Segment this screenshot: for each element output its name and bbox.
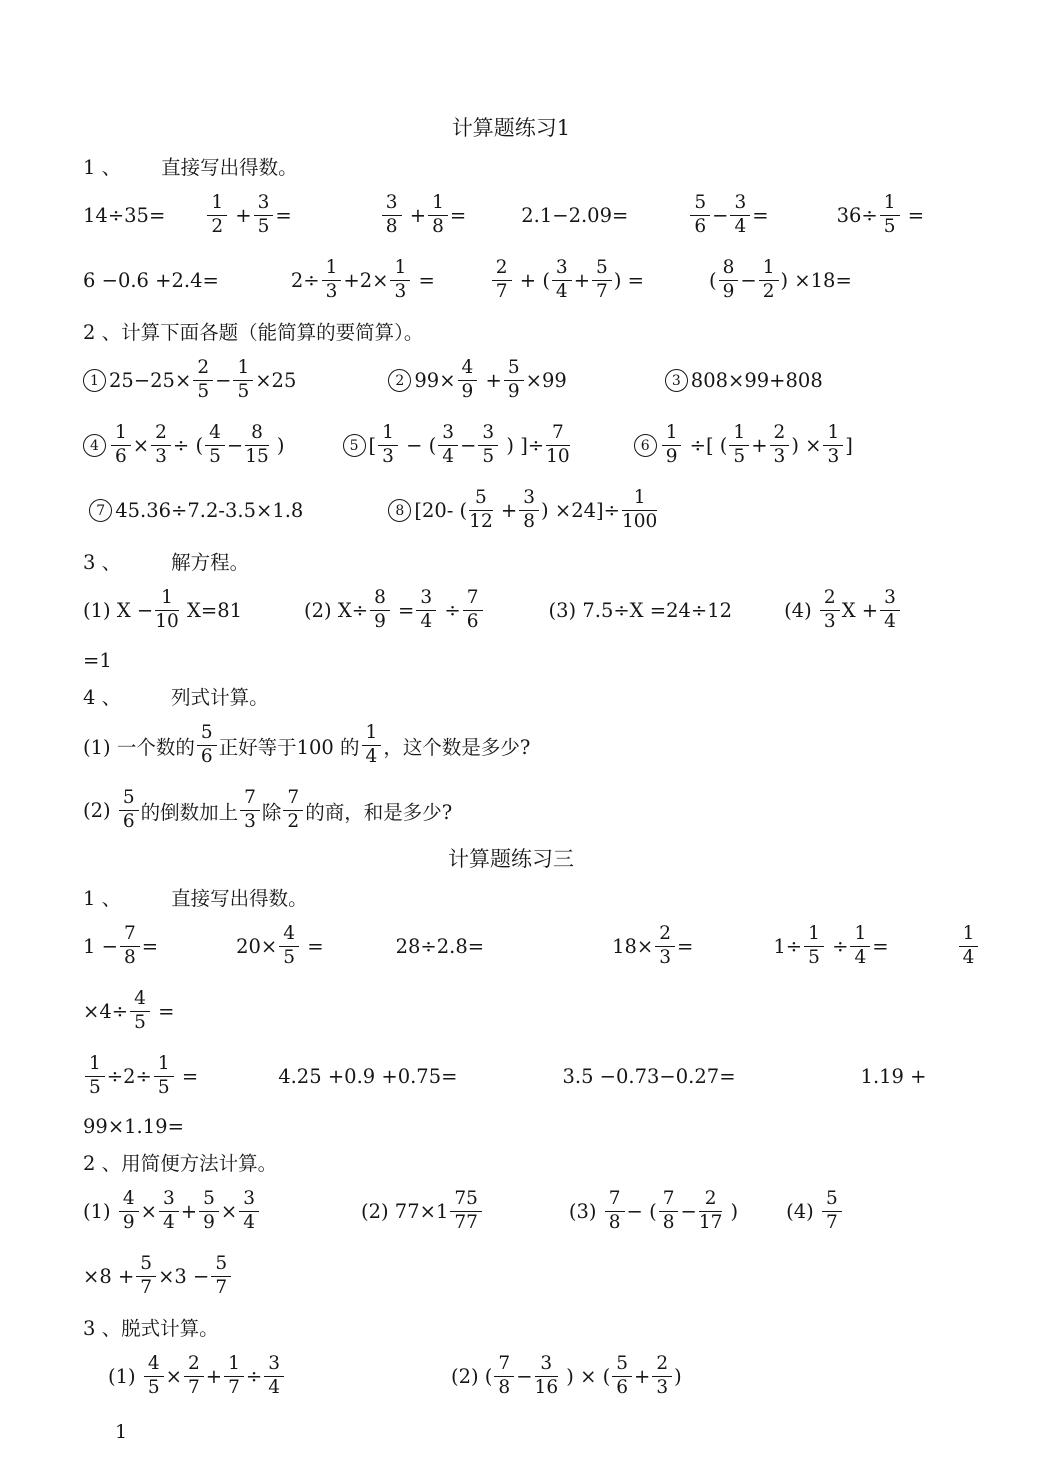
fraction-denominator: 7: [224, 1377, 244, 1399]
circled-number: 7: [89, 499, 112, 522]
fraction-denominator: 7: [211, 1277, 231, 1299]
fraction-denominator: 12: [469, 511, 493, 533]
fraction: 45: [205, 423, 225, 467]
math-text: ) ]÷: [500, 434, 544, 457]
fraction-denominator: 8: [519, 511, 539, 533]
math-text: +2×: [343, 269, 388, 292]
math-text: =: [677, 935, 693, 958]
math-text: 14÷35=: [83, 204, 165, 227]
fraction: 14: [959, 924, 979, 968]
fraction-numerator: 5: [119, 788, 139, 811]
math-text: =1: [83, 649, 112, 672]
fraction-denominator: 4: [159, 1212, 179, 1234]
math-text: (1): [83, 1200, 117, 1223]
math-text: 28÷2.8=: [396, 935, 485, 958]
fraction: 56: [690, 193, 710, 237]
fraction-numerator: 7: [494, 1354, 514, 1377]
math-text: ×8 +: [83, 1265, 134, 1288]
fraction: 78: [494, 1354, 514, 1398]
math-text: 99×1.19=: [83, 1115, 184, 1138]
fraction-numerator: 5: [211, 1254, 231, 1277]
gap: [769, 215, 837, 216]
fraction: 57: [822, 1189, 842, 1233]
fraction: 72: [283, 788, 303, 832]
math-text: 除: [262, 797, 282, 825]
fraction: 25: [193, 358, 213, 402]
fraction-denominator: 7: [184, 1377, 204, 1399]
math-text: (4): [784, 599, 818, 622]
fraction-denominator: 5: [478, 446, 498, 468]
ws1-sec3-heading: 3 、解方程。: [83, 543, 999, 578]
math-text: ÷: [438, 599, 461, 622]
fraction: 27: [184, 1354, 204, 1398]
fraction: 512: [469, 488, 493, 532]
fraction-numerator: 7: [283, 788, 303, 811]
math-text: 2÷: [291, 269, 320, 292]
fraction: 34: [159, 1189, 179, 1233]
math-text: ÷ (: [173, 434, 203, 457]
math-text: 的商，和是多少?: [305, 797, 452, 825]
fraction-numerator: 1: [207, 193, 227, 216]
fraction-numerator: 7: [659, 1189, 679, 1212]
math-text: 808×99+808: [691, 369, 823, 392]
fraction-numerator: 4: [130, 989, 150, 1012]
fraction-numerator: 3: [535, 1354, 559, 1377]
fraction-numerator: 2: [820, 588, 840, 611]
fraction-numerator: 7: [546, 423, 570, 446]
fraction: 17: [224, 1354, 244, 1398]
fraction: 59: [199, 1189, 219, 1233]
math-text: +: [574, 269, 590, 292]
fraction-denominator: 8: [605, 1212, 625, 1234]
fraction-denominator: 6: [119, 811, 139, 833]
fraction: 217: [699, 1189, 723, 1233]
fraction-numerator: 4: [458, 358, 478, 381]
math-text: 3.5 −0.73−0.27=: [562, 1065, 735, 1088]
fraction: 38: [519, 488, 539, 532]
math-text: (2) (: [451, 1365, 492, 1388]
gap: [732, 610, 784, 611]
fraction: 15: [729, 423, 749, 467]
ws3-sec3-heading: 3 、脱式计算。: [83, 1309, 999, 1344]
fraction: 18: [428, 193, 448, 237]
fraction: 34: [730, 193, 750, 237]
math-text: X=81: [181, 599, 242, 622]
gap: [324, 946, 396, 947]
fraction-numerator: 2: [699, 1189, 723, 1212]
math-text: −: [215, 369, 231, 392]
fraction-denominator: 9: [370, 611, 390, 633]
fraction-denominator: 9: [662, 446, 682, 468]
fraction-denominator: 10: [546, 446, 570, 468]
fraction-denominator: 4: [264, 1377, 284, 1399]
math-text: 6 −0.6 +2.4=: [83, 269, 219, 292]
fraction-numerator: 3: [264, 1354, 284, 1377]
doc-lines: 计算题练习11 、直接写出得数。14÷35=12 +35=38 +18=2.1−…: [83, 112, 999, 1443]
fraction-numerator: 3: [416, 588, 436, 611]
ws3-sec1-row1-cont: ×4÷45 =: [83, 979, 999, 1044]
fraction: 13: [823, 423, 843, 467]
gap: [165, 215, 205, 216]
fraction: 76: [463, 588, 483, 632]
fraction-numerator: 2: [652, 1354, 672, 1377]
fraction: 45: [279, 924, 299, 968]
circled-number: 8: [388, 499, 411, 522]
fraction-numerator: 2: [151, 423, 171, 446]
math-text: −: [516, 1365, 532, 1388]
fraction: 23: [655, 924, 675, 968]
math-text: (3): [569, 1200, 603, 1223]
fraction-denominator: 6: [690, 216, 710, 238]
fraction: 57: [592, 258, 612, 302]
fraction-numerator: 4: [279, 924, 299, 947]
gap: [644, 280, 709, 281]
math-text: 1.19 +: [861, 1065, 927, 1088]
fraction-numerator: 1: [959, 924, 979, 947]
ws1-sec1-row1: 14÷35=12 +35=38 +18=2.1−2.09=56−34=36÷15…: [83, 183, 999, 248]
fraction-numerator: 5: [469, 488, 493, 511]
ws1-sec3-row1: (1) X −110 X=81(2) X÷89 =34 ÷76(3) 7.5÷X…: [83, 578, 999, 643]
fraction: 15: [154, 1054, 174, 1098]
math-text: ×25: [255, 369, 296, 392]
math-text: =: [275, 204, 291, 227]
fraction-denominator: 8: [659, 1212, 679, 1234]
gap: [83, 1376, 108, 1377]
fraction: 34: [239, 1189, 259, 1233]
fraction: 34: [552, 258, 572, 302]
fraction-denominator: 9: [458, 381, 478, 403]
fraction-denominator: 9: [119, 1212, 139, 1234]
ws3-sec2-row1-cont: ×8 +57×3 −57: [83, 1244, 999, 1309]
math-text: ): [271, 434, 285, 457]
gap: [296, 380, 388, 381]
fraction-numerator: 1: [224, 1354, 244, 1377]
ws3-sec2-heading: 2 、用简便方法计算。: [83, 1144, 999, 1179]
fraction-numerator: 1: [390, 258, 410, 281]
gap: [457, 1076, 562, 1077]
gap: [242, 610, 304, 611]
fraction: 78: [659, 1189, 679, 1233]
circled-number: 4: [83, 434, 106, 457]
fraction: 14: [850, 924, 870, 968]
math-text: 36÷: [837, 204, 878, 227]
fraction-numerator: 1: [111, 423, 131, 446]
fraction: 34: [880, 588, 900, 632]
fraction-numerator: 2: [492, 258, 512, 281]
ws1-sec2-heading: 2 、计算下面各题（能简算的要简算）。: [83, 313, 999, 348]
ws3-sec2-row1: (1) 49×34+59×34(2) 77×17577(3) 78− (78−2…: [83, 1179, 999, 1244]
fraction-denominator: 3: [655, 947, 675, 969]
fraction-numerator: 1: [850, 924, 870, 947]
fraction-numerator: 5: [199, 1189, 219, 1212]
fraction-numerator: 7: [463, 588, 483, 611]
fraction-numerator: 3: [254, 193, 274, 216]
fraction: 19: [662, 423, 682, 467]
fraction-numerator: 8: [719, 258, 739, 281]
fraction-denominator: 9: [199, 1212, 219, 1234]
fraction-denominator: 5: [193, 381, 213, 403]
math-text: − (: [400, 434, 436, 457]
circled-number: 5: [343, 434, 366, 457]
fraction-denominator: 5: [85, 1077, 105, 1099]
fraction-denominator: 8: [382, 216, 402, 238]
fraction-numerator: 1: [729, 423, 749, 446]
fraction-denominator: 3: [770, 446, 790, 468]
fraction: 35: [254, 193, 274, 237]
fraction-denominator: 5: [254, 216, 274, 238]
math-text: ，这个数是多少?: [383, 732, 530, 760]
fraction-denominator: 8: [428, 216, 448, 238]
math-text: 正好等于100 的: [219, 732, 360, 760]
math-text: ×: [141, 1200, 157, 1223]
fraction: 27: [492, 258, 512, 302]
ws3-sec3-row1: (1) 45×27+17÷34(2) (78−316 ) × (56+23): [83, 1344, 999, 1409]
fraction-denominator: 5: [144, 1377, 164, 1399]
circled-number: 6: [634, 434, 657, 457]
math-text: −: [460, 434, 476, 457]
fraction-denominator: 16: [535, 1377, 559, 1399]
math-text: − (: [627, 1200, 657, 1223]
fraction-denominator: 8: [494, 1377, 514, 1399]
fraction: 45: [144, 1354, 164, 1398]
fraction-denominator: 2: [207, 216, 227, 238]
fraction-numerator: 3: [438, 423, 458, 446]
fraction: 14: [362, 723, 382, 767]
ws1-sec3-row1-cont: =1: [83, 643, 999, 678]
fraction-denominator: 3: [390, 281, 410, 303]
gap: [572, 445, 634, 446]
math-text: ÷[ (: [683, 434, 727, 457]
math-text: 解方程。: [171, 547, 249, 575]
fraction: 13: [322, 258, 342, 302]
gap: [889, 946, 957, 947]
ws1-sec1-heading: 1 、直接写出得数。: [83, 148, 999, 183]
fraction-numerator: 3: [519, 488, 539, 511]
math-text: 18×: [612, 935, 653, 958]
fraction-numerator: 3: [382, 193, 402, 216]
fraction: 78: [605, 1189, 625, 1233]
math-text: ) ×: [791, 434, 821, 457]
fraction-numerator: 1: [85, 1054, 105, 1077]
worksheet-page: 计算题练习11 、直接写出得数。14÷35=12 +35=38 +18=2.1−…: [0, 0, 1039, 1476]
math-text: ×3 −: [158, 1265, 209, 1288]
math-text: ) × (: [560, 1365, 610, 1388]
math-text: +: [751, 434, 767, 457]
fraction: 56: [612, 1354, 632, 1398]
ws3-sec1-row2: 15÷2÷15 =4.25 +0.9 +0.75=3.5 −0.73−0.27=…: [83, 1044, 999, 1109]
fraction: 815: [245, 423, 269, 467]
fraction: 12: [759, 258, 779, 302]
fraction-numerator: 7: [120, 924, 140, 947]
fraction: 56: [119, 788, 139, 832]
fraction-denominator: 4: [438, 446, 458, 468]
math-text: 1 、: [83, 152, 121, 180]
fraction: 13: [390, 258, 410, 302]
fraction-denominator: 4: [730, 216, 750, 238]
fraction-denominator: 5: [804, 947, 824, 969]
fraction: 57: [136, 1254, 156, 1298]
fraction-numerator: 1: [155, 588, 179, 611]
math-text: +: [634, 1365, 650, 1388]
fraction: 38: [382, 193, 402, 237]
fraction-numerator: 5: [822, 1189, 842, 1212]
fraction-numerator: 3: [239, 1189, 259, 1212]
math-text: =: [152, 1000, 175, 1023]
math-text: ÷2÷: [107, 1065, 152, 1088]
fraction-numerator: 7: [240, 788, 260, 811]
fraction: 89: [719, 258, 739, 302]
fraction: 13: [378, 423, 398, 467]
fraction-numerator: 5: [690, 193, 710, 216]
fraction-numerator: 3: [730, 193, 750, 216]
math-text: ) ×18=: [781, 269, 852, 292]
ws3-sec1-row2-cont: 99×1.19=: [83, 1109, 999, 1144]
math-text: (1) X −: [83, 599, 153, 622]
math-text: ×: [166, 1365, 182, 1388]
math-text: +: [181, 1200, 197, 1223]
math-text: 的倒数加上: [141, 797, 239, 825]
gap: [466, 215, 521, 216]
gap: [628, 215, 688, 216]
math-text: =: [450, 204, 466, 227]
math-text: 2.1−2.09=: [521, 204, 628, 227]
gap: [567, 380, 665, 381]
fraction: 49: [458, 358, 478, 402]
fraction-denominator: 3: [820, 611, 840, 633]
math-text: 2 、计算下面各题（能简算的要简算）。: [83, 317, 423, 345]
gap: [736, 1076, 861, 1077]
fraction-numerator: 2: [770, 423, 790, 446]
fraction-numerator: 1: [880, 193, 900, 216]
math-text: 计算题练习1: [452, 116, 570, 140]
fraction-numerator: 5: [612, 1354, 632, 1377]
fraction-numerator: 4: [144, 1354, 164, 1377]
gap: [285, 445, 343, 446]
math-text: (2) X÷: [304, 599, 368, 622]
math-text: ×: [221, 1200, 237, 1223]
fraction-denominator: 4: [239, 1212, 259, 1234]
circled-number: 2: [388, 369, 411, 392]
ws1-sec2-row3: 745.36÷7.2-3.5×1.88[20- (512 +38) ×24]÷1…: [83, 478, 999, 543]
fraction-denominator: 3: [823, 446, 843, 468]
fraction-denominator: 3: [322, 281, 342, 303]
fraction-numerator: 2: [184, 1354, 204, 1377]
fraction-numerator: 75: [450, 1189, 482, 1212]
ws1-sec2-row1: 125−25×25−15×25299×49 +59×993808×99+808: [83, 348, 999, 413]
gap: [198, 1076, 278, 1077]
gap: [693, 946, 773, 947]
fraction: 316: [535, 1354, 559, 1398]
fraction: 34: [264, 1354, 284, 1398]
fraction-denominator: 5: [729, 446, 749, 468]
fraction: 23: [652, 1354, 672, 1398]
fraction-denominator: 3: [240, 811, 260, 833]
math-text: [20- (: [414, 499, 467, 522]
math-text: =: [412, 269, 435, 292]
gap: [121, 896, 171, 897]
math-text: + (: [514, 269, 550, 292]
gap: [303, 510, 388, 511]
math-text: =: [142, 935, 158, 958]
circled-number: 3: [665, 369, 688, 392]
math-text: (: [709, 269, 717, 292]
fraction: 16: [111, 423, 131, 467]
fraction-numerator: 4: [119, 1189, 139, 1212]
fraction-numerator: 1: [823, 423, 843, 446]
math-text: +: [404, 204, 427, 227]
math-text: −: [712, 204, 728, 227]
fraction: 12: [207, 193, 227, 237]
gap: [219, 280, 291, 281]
fraction-numerator: 1: [378, 423, 398, 446]
math-text: =: [176, 1065, 199, 1088]
fraction-denominator: 7: [492, 281, 512, 303]
math-text: −: [227, 434, 243, 457]
fraction-denominator: 3: [378, 446, 398, 468]
fraction-numerator: 1: [759, 258, 779, 281]
math-text: 计算题练习三: [448, 847, 574, 871]
fraction: 23: [820, 588, 840, 632]
fraction-denominator: 9: [504, 381, 524, 403]
math-text: (1): [108, 1365, 142, 1388]
math-text: ×4÷: [83, 1000, 128, 1023]
fraction: 73: [240, 788, 260, 832]
fraction: 110: [155, 588, 179, 632]
fraction-denominator: 7: [822, 1212, 842, 1234]
fraction-numerator: 1: [322, 258, 342, 281]
fraction-numerator: 1: [662, 423, 682, 446]
fraction-denominator: 5: [279, 947, 299, 969]
fraction: 57: [211, 1254, 231, 1298]
gap: [121, 560, 171, 561]
fraction-denominator: 6: [463, 611, 483, 633]
math-text: +: [479, 369, 502, 392]
math-text: −: [740, 269, 756, 292]
gap: [738, 1211, 786, 1212]
fraction: 56: [197, 723, 217, 767]
math-text: 列式计算。: [171, 682, 269, 710]
fraction-numerator: 2: [655, 924, 675, 947]
gap: [435, 280, 490, 281]
gap: [261, 1211, 361, 1212]
fraction: 15: [804, 924, 824, 968]
fraction-denominator: 5: [130, 1012, 150, 1034]
math-text: (4): [786, 1200, 820, 1223]
math-text: 1÷: [773, 935, 802, 958]
math-text: (3) 7.5÷X =24÷12: [549, 599, 733, 622]
fraction-denominator: 77: [450, 1212, 482, 1234]
fraction-denominator: 6: [612, 1377, 632, 1399]
fraction-numerator: 1: [622, 488, 657, 511]
fraction-denominator: 4: [880, 611, 900, 633]
ws1-sec2-row2: 416×23÷ (45−815 )5[13 − (34−35 ) ]÷71061…: [83, 413, 999, 478]
math-text: 2 、用简便方法计算。: [83, 1148, 277, 1176]
fraction-denominator: 6: [197, 746, 217, 768]
gap: [121, 165, 161, 166]
ws1-sec4-heading: 4 、列式计算。: [83, 678, 999, 713]
fraction-denominator: 3: [652, 1377, 672, 1399]
fraction-numerator: 5: [592, 258, 612, 281]
fraction: 35: [478, 423, 498, 467]
fraction-numerator: 1: [154, 1054, 174, 1077]
fraction-numerator: 1: [804, 924, 824, 947]
math-text: =: [392, 599, 415, 622]
fraction-denominator: 7: [592, 281, 612, 303]
math-text: 1: [115, 1421, 127, 1443]
fraction-denominator: 4: [416, 611, 436, 633]
fraction-numerator: 3: [159, 1189, 179, 1212]
fraction: 7577: [450, 1189, 482, 1233]
